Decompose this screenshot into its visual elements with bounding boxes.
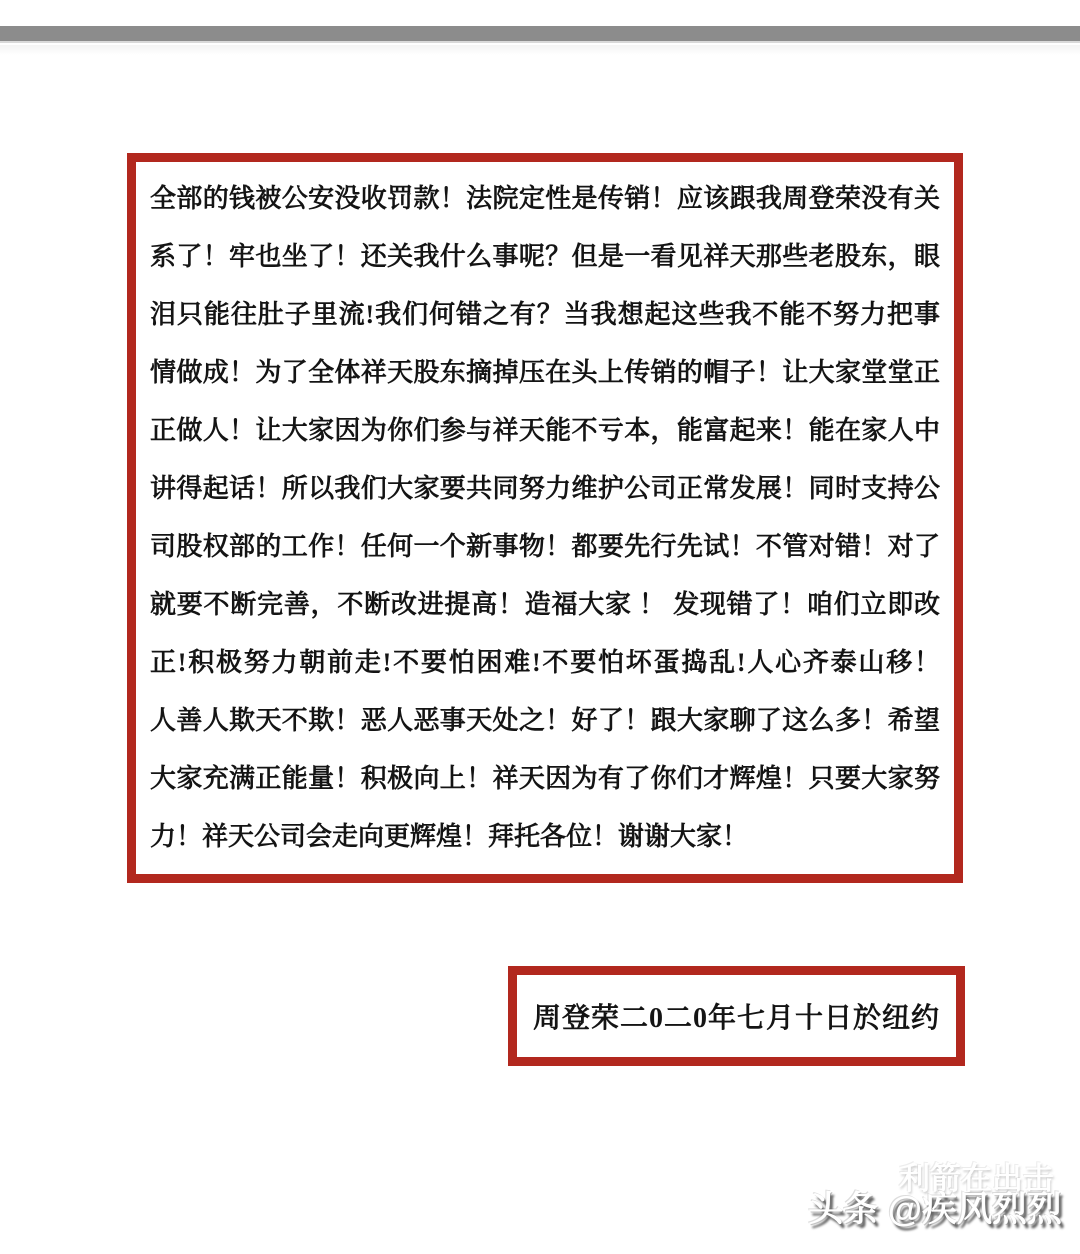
letter-line: 正做人！让大家因为你们参与祥天能不亏本，能富起来！能在家人中: [150, 402, 940, 460]
letter-box: 全部的钱被公安没收罚款！法院定性是传销！应该跟我周登荣没有关 系了！牢也坐了！还…: [127, 153, 963, 883]
letter-line: 讲得起话！所以我们大家要共同努力维护公司正常发展！同时支持公: [150, 460, 940, 518]
top-bar-shadow: [0, 45, 1080, 55]
signature-box: 周登荣二0二0年七月十日於纽约: [508, 966, 965, 1066]
page: 全部的钱被公安没收罚款！法院定性是传销！应该跟我周登荣没有关 系了！牢也坐了！还…: [0, 0, 1080, 1254]
watermark: 利箭在出击 头条 @疾风烈烈: [746, 1147, 1066, 1242]
watermark-faint-text: 利箭在出击: [899, 1153, 1054, 1198]
letter-line: 情做成！为了全体祥天股东摘掉压在头上传销的帽子！让大家堂堂正: [150, 344, 940, 402]
letter-line: 司股权部的工作！任何一个新事物！都要先行先试！不管对错！对了: [150, 518, 940, 576]
letter-line: 大家充满正能量！积极向上！祥天因为有了你们才辉煌！只要大家努: [150, 750, 940, 808]
letter-line: 人善人欺天不欺！恶人恶事天处之！好了！跟大家聊了这么多！希望: [150, 692, 940, 750]
letter-line: 全部的钱被公安没收罚款！法院定性是传销！应该跟我周登荣没有关: [150, 170, 940, 228]
watermark-main-text: 头条 @疾风烈烈: [808, 1182, 1062, 1232]
letter-line: 系了！牢也坐了！还关我什么事呢？但是一看见祥天那些老股东，眼: [150, 228, 940, 286]
top-divider-bar: [0, 26, 1080, 43]
letter-line: 力！祥天公司会走向更辉煌！拜托各位！谢谢大家！: [150, 808, 940, 866]
signature-text: 周登荣二0二0年七月十日於纽约: [533, 996, 940, 1036]
letter-line: 正!积极努力朝前走!不要怕困难!不要怕坏蛋捣乱!人心齐泰山移！: [150, 634, 940, 692]
letter-line: 就要不断完善，不断改进提高！造福大家 ！ 发现错了！咱们立即改: [150, 576, 940, 634]
letter-line: 泪只能往肚子里流!我们何错之有？当我想起这些我不能不努力把事: [150, 286, 940, 344]
